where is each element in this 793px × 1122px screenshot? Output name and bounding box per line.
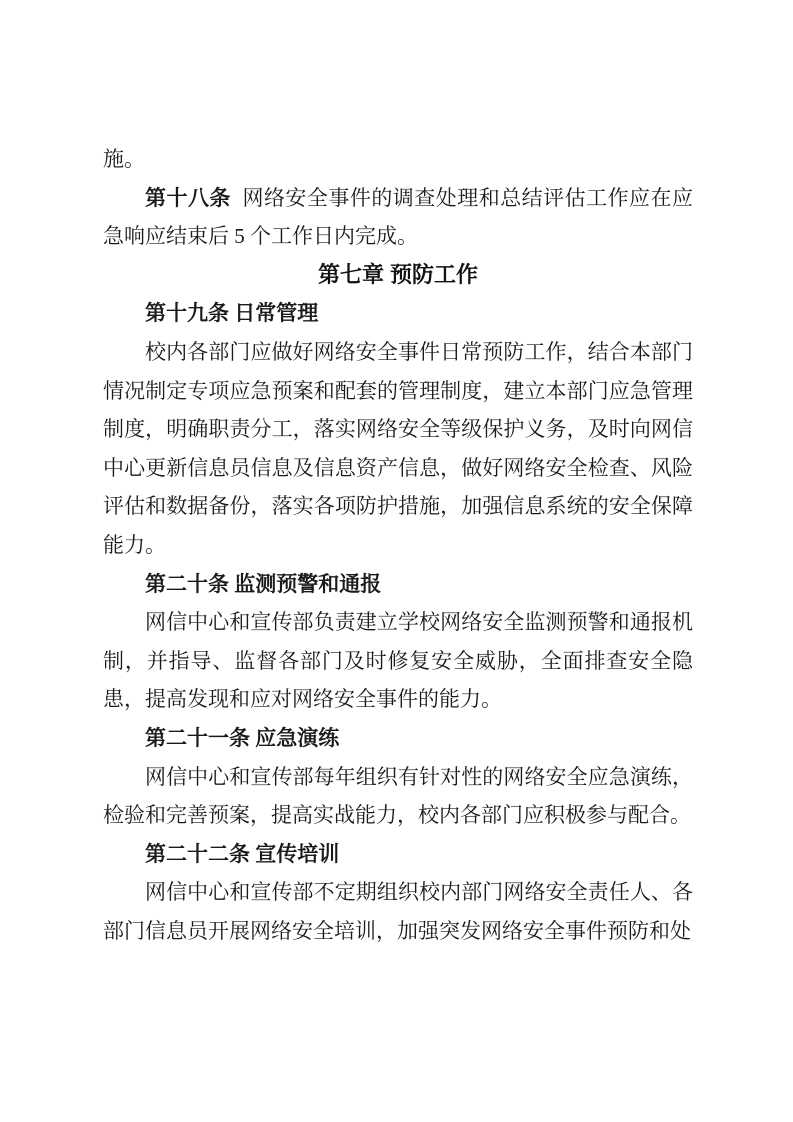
article-22-heading: 第二十二条 宣传培训 [103,835,693,874]
article-19-heading: 第十九条 日常管理 [103,294,693,333]
paragraph-continuation: 施。 [103,140,693,179]
article-21-body: 网信中心和宣传部每年组织有针对性的网络安全应急演练，检验和完善预案，提高实战能力… [103,758,693,835]
paragraph-article-18: 第十八条网络安全事件的调查处理和总结评估工作应在应急响应结束后 5 个工作日内完… [103,179,693,256]
document-body: 施。 第十八条网络安全事件的调查处理和总结评估工作应在应急响应结束后 5 个工作… [103,140,693,950]
article-22-body: 网信中心和宣传部不定期组织校内部门网络安全责任人、各部门信息员开展网络安全培训，… [103,873,693,950]
article-21-heading: 第二十一条 应急演练 [103,719,693,758]
chapter-7-heading: 第七章 预防工作 [103,256,693,295]
article-20-heading: 第二十条 监测预警和通报 [103,565,693,604]
article-18-label: 第十八条 [145,186,231,210]
article-19-body: 校内各部门应做好网络安全事件日常预防工作，结合本部门情况制定专项应急预案和配套的… [103,333,693,565]
document-page: 施。 第十八条网络安全事件的调查处理和总结评估工作应在应急响应结束后 5 个工作… [0,0,793,1122]
article-20-body: 网信中心和宣传部负责建立学校网络安全监测预警和通报机制，并指导、监督各部门及时修… [103,603,693,719]
